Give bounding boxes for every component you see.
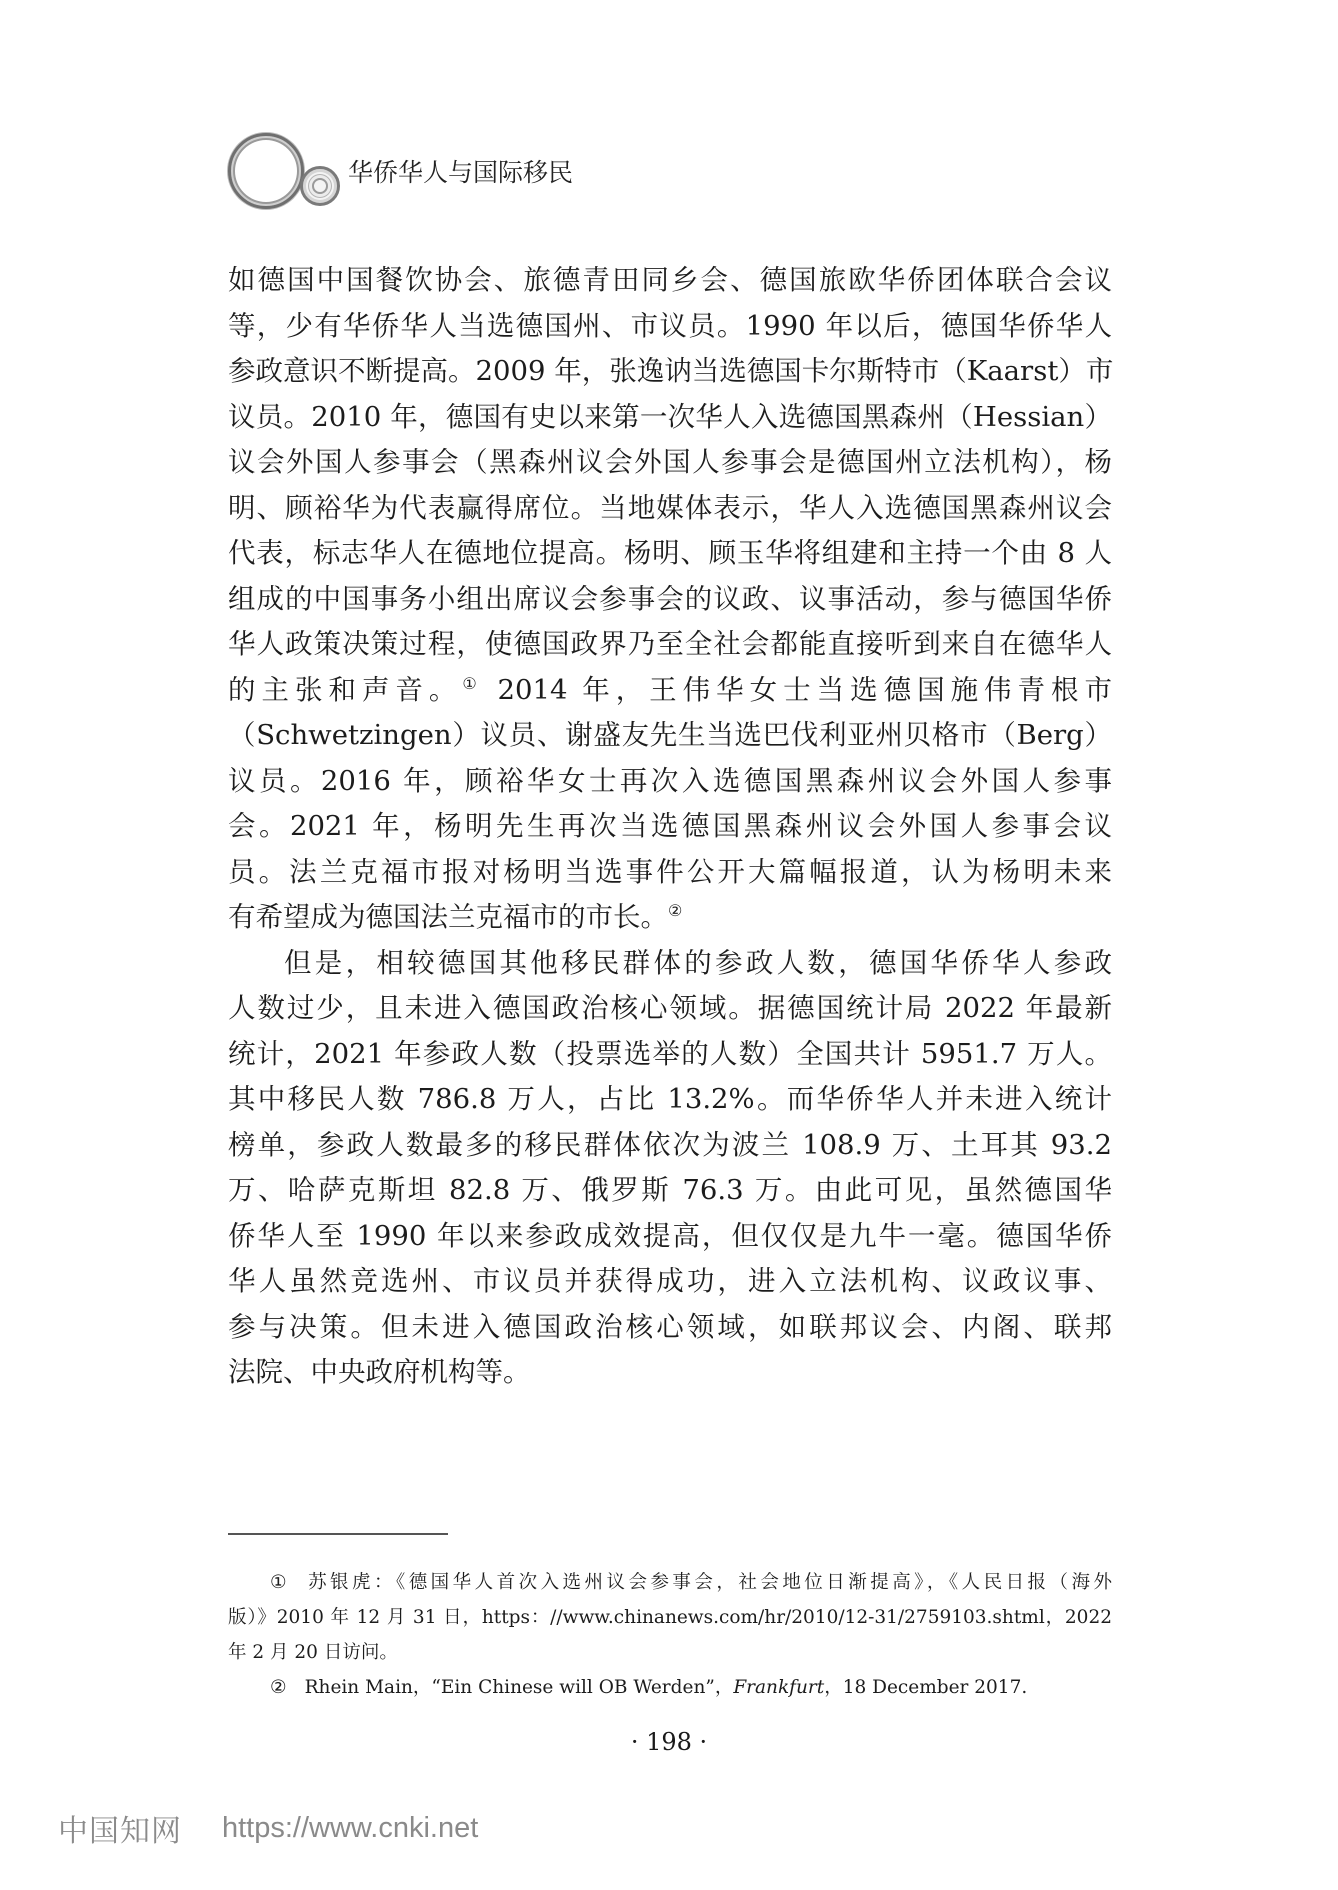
footnote-source-title: Frankfurt [733,1677,824,1698]
text-line: 其中移民人数 786.8 万人，占比 13.2%。而华侨华人并未进入统计 [228,1077,1112,1123]
text-line: 万、哈萨克斯坦 82.8 万、俄罗斯 76.3 万。由此可见，虽然德国华 [228,1168,1112,1214]
footnote-line: ①苏银虎：《德国华人首次入选州议会参事会，社会地位日渐提高》，《人民日报（海外 [228,1565,1112,1600]
book-page: 华侨华人与国际移民 如德国中国餐饮协会、旅德青田同乡会、德国旅欧华侨团体联合会议… [0,0,1338,1890]
text-line: 组成的中国事务小组出席议会参事会的议政、议事活动，参与德国华侨 [228,577,1112,623]
large-ring-icon [228,133,304,209]
footnotes: ①苏银虎：《德国华人首次入选州议会参事会，社会地位日渐提高》，《人民日报（海外 … [228,1565,1112,1705]
text-line: 议员。2016 年，顾裕华女士再次入选德国黑森州议会外国人参事 [228,759,1112,805]
text-line: 参政意识不断提高。2009 年，张逸讷当选德国卡尔斯特市（Kaarst）市 [228,349,1112,395]
text-line: 议会外国人参事会（黑森州议会外国人参事会是德国州立法机构），杨 [228,440,1112,486]
paragraph-2: 但是，相较德国其他移民群体的参政人数，德国华侨华人参政 人数过少，且未进入德国政… [228,941,1112,1396]
text-line: 但是，相较德国其他移民群体的参政人数，德国华侨华人参政 [228,941,1112,987]
text-line: 华人政策决策过程，使德国政界乃至全社会都能直接听到来自在德华人 [228,622,1112,668]
footnote-ref-1[interactable]: ① [462,674,482,693]
inner-ring-icon [312,178,328,194]
footnote-line: 版）》2010 年 12 月 31 日，https：//www.chinanew… [228,1600,1112,1635]
text-line: 有希望成为德国法兰克福市的市长。② [228,895,1112,941]
text-segment: 有希望成为德国法兰克福市的市长。 [228,901,668,933]
running-header: 华侨华人与国际移民 [226,130,573,210]
text-line: 华人虽然竞选州、市议员并获得成功，进入立法机构、议政议事、 [228,1259,1112,1305]
text-line: 侨华人至 1990 年以来参政成效提高，但仅仅是九牛一毫。德国华侨 [228,1214,1112,1260]
text-line: 会。2021 年，杨明先生再次当选德国黑森州议会外国人参事会议 [228,804,1112,850]
cnki-watermark: 中国知网 https://www.cnki.net [58,1806,478,1850]
watermark-url: https://www.cnki.net [222,1812,478,1845]
text-segment: 的主张和声音。 [228,674,462,706]
text-line: 等，少有华侨华人当选德国州、市议员。1990 年以后，德国华侨华人 [228,304,1112,350]
text-line: 明、顾裕华为代表赢得席位。当地媒体表示，华人入选德国黑森州议会 [228,486,1112,532]
footnote-text: 苏银虎：《德国华人首次入选州议会参事会，社会地位日渐提高》，《人民日报（海外 [308,1572,1112,1593]
text-segment: 2014 年，王伟华女士当选德国施伟青根市 [483,674,1112,706]
footnote-divider [228,1533,448,1535]
body-text: 如德国中国餐饮协会、旅德青田同乡会、德国旅欧华侨团体联合会议 等，少有华侨华人当… [228,258,1112,1396]
watermark-site-name: 中国知网 [58,1806,182,1850]
text-line: 的主张和声音。① 2014 年，王伟华女士当选德国施伟青根市 [228,668,1112,714]
footnote-text: ，18 December 2017. [824,1677,1027,1698]
text-line: 议员。2010 年，德国有史以来第一次华人入选德国黑森州（Hessian） [228,395,1112,441]
footnote-line: ②Rhein Main，“Ein Chinese will OB Werden”… [228,1670,1112,1705]
footnote-ref-2[interactable]: ② [668,901,682,920]
text-line: 统计，2021 年参政人数（投票选举的人数）全国共计 5951.7 万人。 [228,1032,1112,1078]
text-line: 参与决策。但未进入德国政治核心领域，如联邦议会、内阁、联邦 [228,1305,1112,1351]
footnote-2: ②Rhein Main，“Ein Chinese will OB Werden”… [228,1670,1112,1705]
footnote-marker: ② [270,1677,287,1698]
text-line: （Schwetzingen）议员、谢盛友先生当选巴伐利亚州贝格市（Berg） [228,713,1112,759]
running-title: 华侨华人与国际移民 [348,153,573,189]
text-line: 代表，标志华人在德地位提高。杨明、顾玉华将组建和主持一个由 8 人 [228,531,1112,577]
footnote-1: ①苏银虎：《德国华人首次入选州议会参事会，社会地位日渐提高》，《人民日报（海外 … [228,1565,1112,1670]
footnote-line: 年 2 月 20 日访问。 [228,1635,1112,1670]
footnote-marker: ① [270,1572,290,1593]
double-ring-logo-icon [226,130,342,210]
text-line: 人数过少，且未进入德国政治核心领域。据德国统计局 2022 年最新 [228,986,1112,1032]
text-line: 榜单，参政人数最多的移民群体依次为波兰 108.9 万、土耳其 93.2 [228,1123,1112,1169]
page-number: · 198 · [0,1728,1338,1756]
text-line: 法院、中央政府机构等。 [228,1350,1112,1396]
footnote-text: Rhein Main，“Ein Chinese will OB Werden”， [305,1677,734,1698]
small-ring-icon [300,166,340,206]
text-line: 员。法兰克福市报对杨明当选事件公开大篇幅报道，认为杨明未来 [228,850,1112,896]
paragraph-1: 如德国中国餐饮协会、旅德青田同乡会、德国旅欧华侨团体联合会议 等，少有华侨华人当… [228,258,1112,941]
text-line: 如德国中国餐饮协会、旅德青田同乡会、德国旅欧华侨团体联合会议 [228,258,1112,304]
